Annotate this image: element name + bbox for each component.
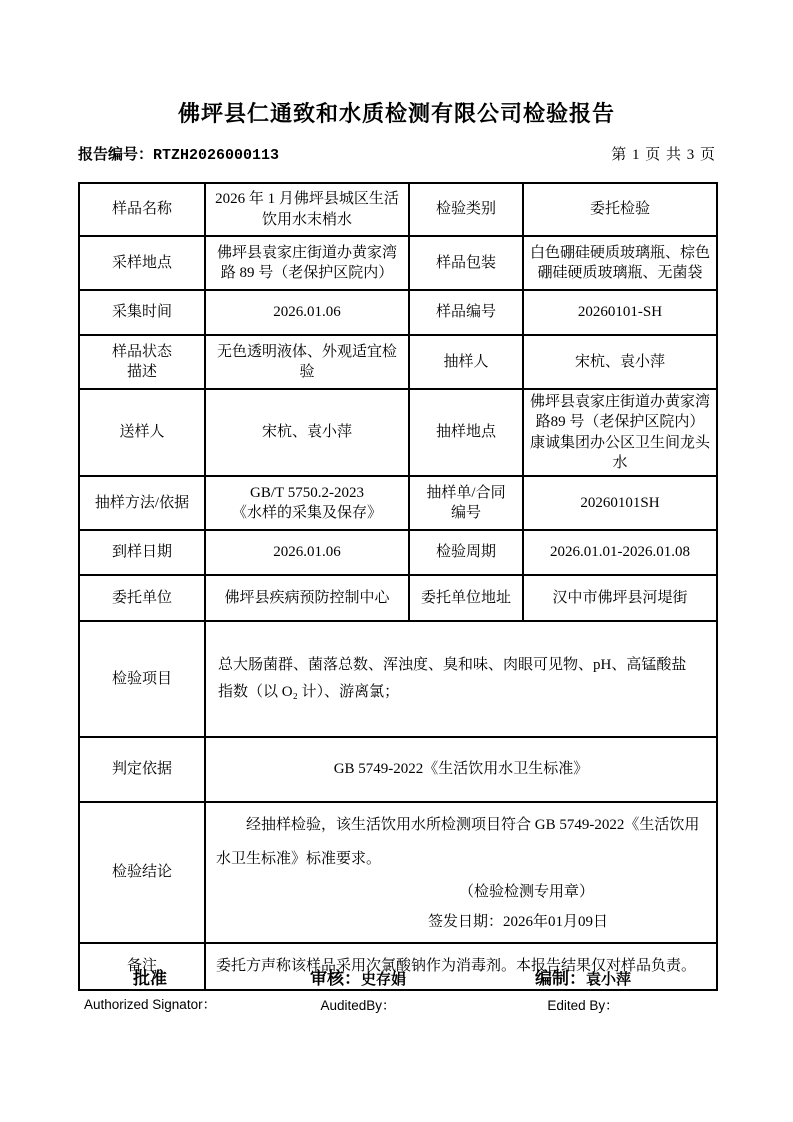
conclusion-stamp-note: （检验检测专用章）: [216, 880, 706, 904]
table-row-inspection-items: 检验项目 总大肠菌群、菌落总数、浑浊度、臭和味、肉眼可见物、pH、高锰酸盐指数（…: [79, 621, 717, 737]
sampling-location-value: 佛坪县袁家庄街道办黄家湾路89 号（老保护区院内）康诚集团办公区卫生间龙头水: [523, 389, 717, 476]
approve-label: 批准: [84, 968, 216, 990]
inspection-period-value: 2026.01.01-2026.01.08: [523, 530, 717, 575]
table-row-collection-time: 采集时间 2026.01.06 样品编号 20260101-SH: [79, 290, 717, 335]
sample-number-value: 20260101-SH: [523, 290, 717, 335]
sample-packaging-value: 白色硼硅硬质玻璃瓶、棕色硼硅硬质玻璃瓶、无菌袋: [523, 236, 717, 290]
sample-number-label: 样品编号: [409, 290, 523, 335]
sample-name-value: 2026 年 1 月佛坪县城区生活饮用水末梢水: [205, 183, 409, 236]
table-row-sampling-site: 采样地点 佛坪县袁家庄街道办黄家湾路 89 号（老保护区院内） 样品包装 白色硼…: [79, 236, 717, 290]
conclusion-text: 经抽样检验，该生活饮用水所检测项目符合 GB 5749-2022《生活饮用水卫生…: [216, 809, 706, 877]
arrival-date-value: 2026.01.06: [205, 530, 409, 575]
judgment-basis-value: GB 5749-2022《生活饮用水卫生标准》: [205, 737, 717, 802]
table-row-arrival-date: 到样日期 2026.01.06 检验周期 2026.01.01-2026.01.…: [79, 530, 717, 575]
conclusion-issue-date: 签发日期：2026年01月09日: [216, 910, 706, 934]
sample-name-label: 样品名称: [79, 183, 205, 236]
signature-footer: 批准 Authorized Signator： 审核：史存娟 AuditedBy…: [78, 968, 716, 1038]
table-row-sampling-method: 抽样方法/依据 GB/T 5750.2-2023 《水样的采集及保存》 抽样单/…: [79, 476, 717, 530]
page-title: 佛坪县仁通致和水质检测有限公司检验报告: [0, 97, 793, 128]
table-row-conclusion: 检验结论 经抽样检验，该生活饮用水所检测项目符合 GB 5749-2022《生活…: [79, 802, 717, 943]
inspection-items-label: 检验项目: [79, 621, 205, 737]
inspection-report-table: 样品名称 2026 年 1 月佛坪县城区生活饮用水末梢水 检验类别 委托检验 采…: [78, 182, 718, 991]
table-row-sample-sender: 送样人 宋杭、袁小萍 抽样地点 佛坪县袁家庄街道办黄家湾路89 号（老保护区院内…: [79, 389, 717, 476]
table-row-sample-name: 样品名称 2026 年 1 月佛坪县城区生活饮用水末梢水 检验类别 委托检验: [79, 183, 717, 236]
sample-state-value: 无色透明液体、外观适宜检验: [205, 335, 409, 389]
inspection-category-value: 委托检验: [523, 183, 717, 236]
edit-sublabel: Edited By：: [535, 998, 631, 1014]
sample-sender-label: 送样人: [79, 389, 205, 476]
edit-label: 编制：: [535, 969, 586, 988]
client-address-label: 委托单位地址: [409, 575, 523, 621]
report-number: 报告编号：RTZH2026000113: [78, 143, 279, 164]
sample-sender-value: 宋杭、袁小萍: [205, 389, 409, 476]
conclusion-cell: 经抽样检验，该生活饮用水所检测项目符合 GB 5749-2022《生活饮用水卫生…: [205, 802, 717, 943]
edit-name: 袁小萍: [586, 971, 631, 988]
sampling-location-label: 抽样地点: [409, 389, 523, 476]
sample-packaging-label: 样品包装: [409, 236, 523, 290]
sampling-method-value: GB/T 5750.2-2023 《水样的采集及保存》: [205, 476, 409, 530]
client-address-value: 汉中市佛坪县河堤街: [523, 575, 717, 621]
audit-name: 史存娟: [361, 971, 406, 988]
client-value: 佛坪县疾病预防控制中心: [205, 575, 409, 621]
inspection-period-label: 检验周期: [409, 530, 523, 575]
page-indicator: 第 1 页 共 3 页: [611, 143, 716, 164]
approve-signature-block: 批准 Authorized Signator：: [84, 968, 216, 1013]
table-row-judgment-basis: 判定依据 GB 5749-2022《生活饮用水卫生标准》: [79, 737, 717, 802]
conclusion-label: 检验结论: [79, 802, 205, 943]
audit-sublabel: AuditedBy：: [310, 998, 406, 1014]
sampler-label: 抽样人: [409, 335, 523, 389]
audit-line: 审核：史存娟: [310, 968, 406, 991]
table-row-client: 委托单位 佛坪县疾病预防控制中心 委托单位地址 汉中市佛坪县河堤街: [79, 575, 717, 621]
report-page: 佛坪县仁通致和水质检测有限公司检验报告 报告编号：RTZH2026000113 …: [0, 0, 793, 1122]
judgment-basis-label: 判定依据: [79, 737, 205, 802]
sampling-site-label: 采样地点: [79, 236, 205, 290]
contract-number-value: 20260101SH: [523, 476, 717, 530]
collection-time-label: 采集时间: [79, 290, 205, 335]
sampler-value: 宋杭、袁小萍: [523, 335, 717, 389]
approve-sublabel: Authorized Signator：: [84, 997, 216, 1013]
report-meta: 报告编号：RTZH2026000113 第 1 页 共 3 页: [78, 143, 716, 164]
contract-number-label: 抽样单/合同 编号: [409, 476, 523, 530]
sampling-method-label: 抽样方法/依据: [79, 476, 205, 530]
inspection-items-value: 总大肠菌群、菌落总数、浑浊度、臭和味、肉眼可见物、pH、高锰酸盐指数（以 O₂ …: [205, 621, 717, 737]
table-row-sample-state: 样品状态 描述 无色透明液体、外观适宜检验 抽样人 宋杭、袁小萍: [79, 335, 717, 389]
edit-line: 编制：袁小萍: [535, 968, 631, 991]
sampling-site-value: 佛坪县袁家庄街道办黄家湾路 89 号（老保护区院内）: [205, 236, 409, 290]
edit-signature-block: 编制：袁小萍 Edited By：: [535, 968, 631, 1014]
report-number-label: 报告编号：: [78, 146, 153, 163]
report-number-value: RTZH2026000113: [153, 147, 279, 164]
audit-label: 审核：: [310, 969, 361, 988]
inspection-category-label: 检验类别: [409, 183, 523, 236]
client-label: 委托单位: [79, 575, 205, 621]
sample-state-label: 样品状态 描述: [79, 335, 205, 389]
audit-signature-block: 审核：史存娟 AuditedBy：: [310, 968, 406, 1014]
collection-time-value: 2026.01.06: [205, 290, 409, 335]
arrival-date-label: 到样日期: [79, 530, 205, 575]
